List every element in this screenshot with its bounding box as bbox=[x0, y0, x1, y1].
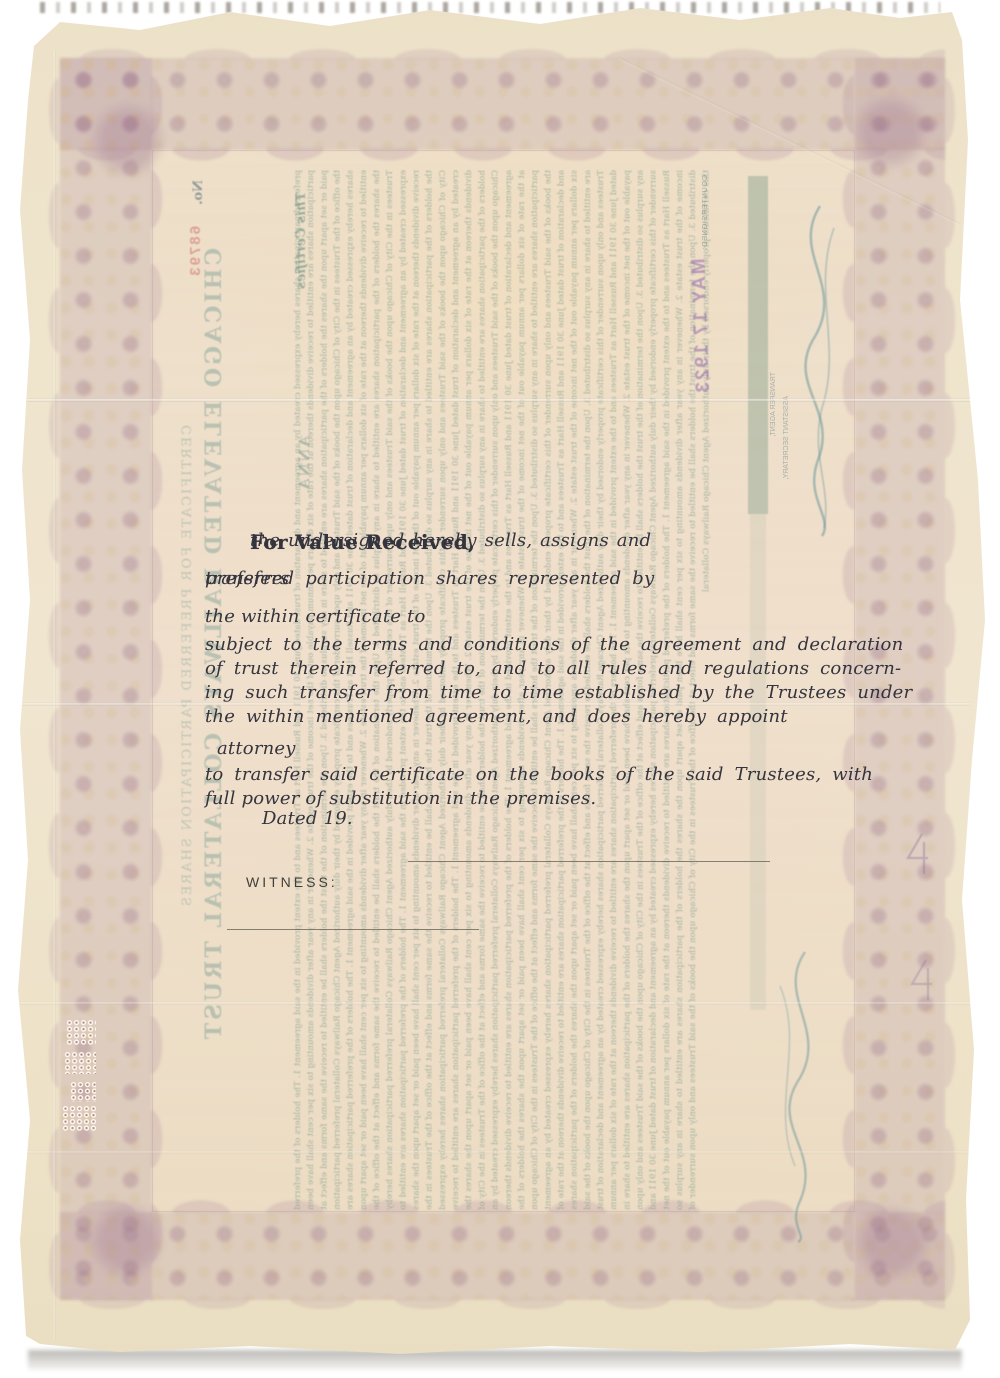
corner-rosette bbox=[852, 1202, 932, 1282]
transfer-form-line2: transfers preferred participation shares… bbox=[205, 568, 775, 589]
fold-crease-vertical bbox=[52, 50, 56, 1340]
witness-signature-line bbox=[227, 929, 479, 930]
line3-pre: the within certificate to bbox=[205, 606, 426, 627]
pen-mark bbox=[904, 954, 938, 1006]
corner-rosette bbox=[86, 1200, 166, 1280]
ghost-signature-flourish bbox=[772, 198, 867, 543]
ghost-border-top bbox=[60, 58, 945, 150]
ghost-date-stamp: MAY 17 1923 bbox=[688, 257, 741, 463]
ghost-front-subtitle: CERTIFICATE FOR PREFERRED PARTICIPATION … bbox=[180, 425, 202, 1175]
scallop-edge bbox=[151, 58, 169, 1300]
ghost-number-label: No. bbox=[191, 180, 209, 220]
scallop-edge bbox=[60, 1299, 945, 1315]
scallop-edge bbox=[43, 58, 59, 1300]
pen-mark bbox=[900, 828, 934, 880]
fold-crease bbox=[18, 398, 970, 402]
transfer-form-line5: of trust therein referred to, and to all… bbox=[205, 658, 901, 679]
line2-post: preferred participation shares represent… bbox=[205, 568, 654, 589]
transfer-form-line9: to transfer said certificate on the book… bbox=[205, 764, 873, 785]
ghost-holder-name: ANNA bbox=[297, 436, 315, 531]
attorney-label: attorney bbox=[217, 738, 296, 759]
transfer-form-line10: full power of substitution in the premis… bbox=[205, 788, 596, 809]
transfer-form-line6: ing such transfer from time to time esta… bbox=[205, 682, 912, 703]
ghost-this-certifies: This Certifies bbox=[294, 192, 314, 307]
perforation-punch-cluster bbox=[70, 1082, 96, 1102]
transfer-form-line4: subject to the terms and conditions of t… bbox=[205, 634, 903, 655]
ghost-border-right bbox=[855, 58, 945, 1300]
line7-text: the within mentioned agreement, and does… bbox=[205, 706, 788, 727]
ghost-green-band bbox=[748, 176, 768, 514]
dated-period: . bbox=[347, 808, 353, 829]
scallop-edge bbox=[60, 43, 945, 59]
signature-line bbox=[408, 861, 770, 862]
transfer-form-line7: the within mentioned agreement, and does… bbox=[205, 706, 775, 727]
certificate-sheet: preferred participation shares hereby ex… bbox=[0, 0, 1000, 1378]
ghost-signature-flourish bbox=[750, 946, 855, 1246]
transfer-form-line8: attorney bbox=[205, 738, 775, 759]
bottom-scan-shadow bbox=[28, 1350, 962, 1370]
witness-label: WITNESS: bbox=[246, 874, 338, 890]
scallop-edge bbox=[945, 58, 961, 1300]
scanned-certificate-back: preferred participation shares hereby ex… bbox=[0, 0, 1000, 1378]
transfer-form-line3: the within certificate to bbox=[205, 606, 775, 627]
fold-crease bbox=[18, 1001, 970, 1005]
line1-text: the undersigned hereby sells, assigns an… bbox=[250, 530, 651, 551]
perforation-punch-cluster bbox=[62, 1106, 96, 1132]
ghost-certificate-number: 68793 bbox=[187, 226, 209, 321]
corner-rosette bbox=[850, 92, 930, 172]
corner-rosette bbox=[88, 100, 168, 180]
year-prefix: 19 bbox=[324, 808, 347, 829]
dated-row: Dated 19 . bbox=[205, 808, 775, 829]
fold-crease bbox=[18, 1150, 970, 1154]
transfer-form-line1: For Value Received, the undersigned here… bbox=[205, 530, 250, 551]
perforation-punch-cluster bbox=[64, 1052, 96, 1074]
perforation-punch-cluster bbox=[66, 1020, 96, 1046]
dated-label: Dated bbox=[262, 808, 318, 829]
